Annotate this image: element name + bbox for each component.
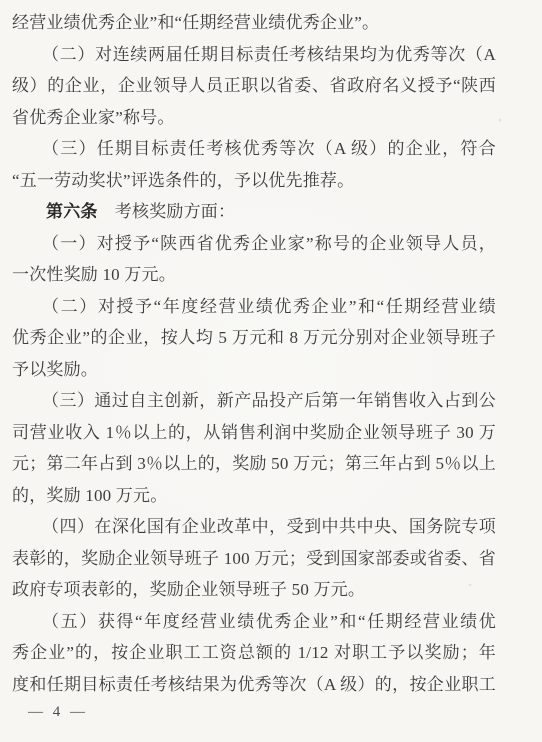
text-line: （五）获得“年度经营业绩优秀企业”和“任期经营业绩优 [12, 606, 496, 638]
text-line: 度和任期目标责任考核结果为优秀等次（A 级）的，按企业职工 [12, 669, 496, 701]
text-line: 级）的企业，企业领导人员正职以省委、省政府名义授予“陕西 [12, 70, 496, 102]
text-line: 秀企业”的，按企业职工工资总额的 1/12 对职工予以奖励；年 [12, 637, 496, 669]
text-line: （三）任期目标责任考核优秀等次（A 级）的企业，符合 [12, 133, 496, 165]
text-line: 优秀企业”的企业，按人均 5 万元和 8 万元分别对企业领导班子 [12, 322, 496, 354]
text-line: “五一劳动奖状”评选条件的，予以优先推荐。 [12, 165, 496, 197]
text-line: 司营业收入 1％以上的，从销售利润中奖励企业领导班子 30 万 [12, 417, 496, 449]
text-line: （三）通过自主创新，新产品投产后第一年销售收入占到公 [12, 385, 496, 417]
text-line: 予以奖励。 [12, 354, 496, 386]
document-body: 经营业绩优秀企业”和“任期经营业绩优秀企业”。 （二）对连续两届任期目标责任考核… [12, 7, 496, 700]
text-line: （二）对授予“年度经营业绩优秀企业”和“任期经营业绩 [12, 291, 496, 323]
article-heading-line: 第六条 考核奖励方面： [12, 196, 496, 228]
article-number: 第六条 [46, 202, 98, 221]
text-line: 一次性奖励 10 万元。 [12, 259, 496, 291]
article-title: 考核奖励方面： [98, 202, 236, 221]
text-line: 省优秀企业家”称号。 [12, 102, 496, 134]
text-line: 的，奖励 100 万元。 [12, 480, 496, 512]
text-line: （四）在深化国有企业改革中，受到中共中央、国务院专项 [12, 511, 496, 543]
scanned-document-page: 经营业绩优秀企业”和“任期经营业绩优秀企业”。 （二）对连续两届任期目标责任考核… [0, 0, 542, 742]
text-line: 政府专项表彰的，奖励企业领导班子 50 万元。 [12, 574, 496, 606]
text-line: 表彰的，奖励企业领导班子 100 万元；受到国家部委或省委、省 [12, 543, 496, 575]
text-line: （二）对连续两届任期目标责任考核结果均为优秀等次（A [12, 39, 496, 71]
text-line: （一）对授予“陕西省优秀企业家”称号的企业领导人员， [12, 228, 496, 260]
page-number: — 4 — [28, 702, 88, 722]
text-line: 经营业绩优秀企业”和“任期经营业绩优秀企业”。 [12, 7, 496, 39]
text-line: 元；第二年占到 3％以上的，奖励 50 万元；第三年占到 5％以上 [12, 448, 496, 480]
